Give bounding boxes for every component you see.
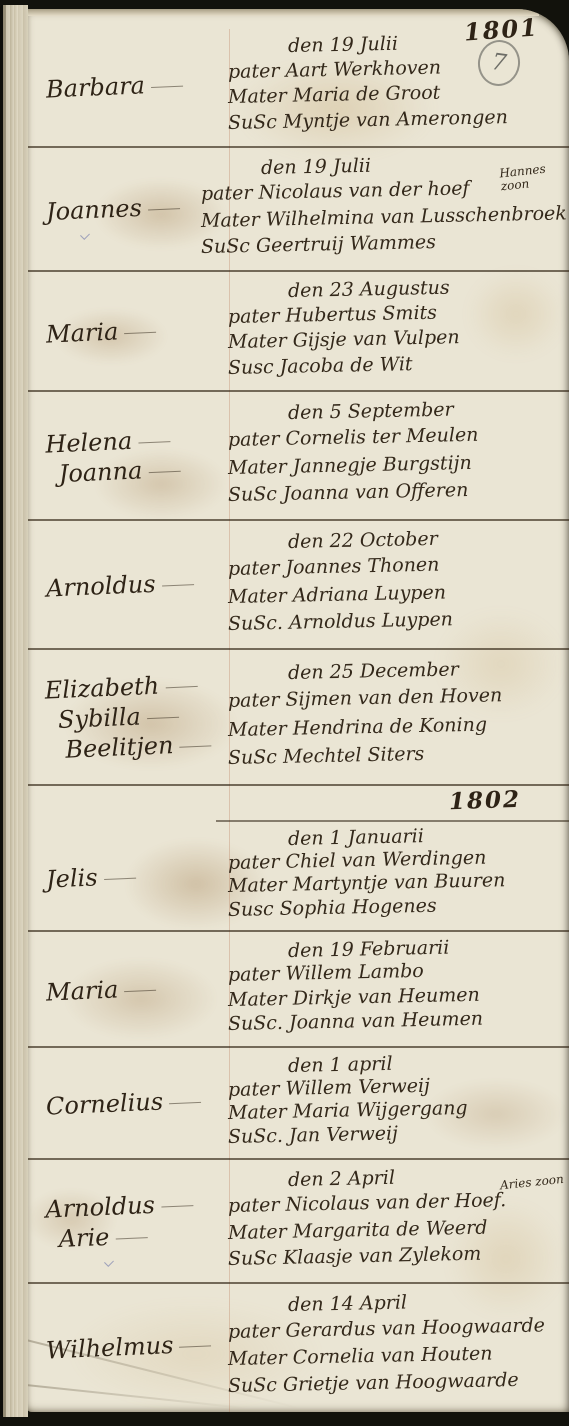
child-name-line: Joannes — [45, 190, 201, 227]
entry-text: den 19 Julii pater Aart Werkhoven Mater … — [228, 26, 569, 146]
entry-text: den 1 april pater Willem Verweij Mater M… — [228, 1048, 569, 1158]
entry-text: den 22 October pater Joannes Thonen Mate… — [228, 521, 569, 648]
father-name-line: pater Hubertus Smits — [228, 299, 567, 328]
child-name-line: Beelitjen — [65, 728, 230, 765]
child-name-line: Barbara — [45, 67, 228, 105]
baptism-entry: HelenaJoanna den 5 September pater Corne… — [28, 392, 569, 521]
baptism-entry: ElizabethSybillaBeelitjen den 25 Decembe… — [28, 650, 569, 786]
godparent-name-line: SuSc Myntje van Amerongen — [228, 105, 567, 134]
godparent-name-line: SuSc Geertruij Wammes — [201, 228, 567, 258]
year-header-1802-row: 1802 — [28, 786, 569, 822]
godparent-name-line: SuSc. Joanna van Heumen — [228, 1006, 567, 1035]
child-name-line: Arie — [58, 1217, 229, 1254]
child-name: Maria — [26, 928, 230, 1051]
child-name: Arnoldus — [26, 517, 231, 653]
godparent-name-line: Susc Jacoba de Wit — [228, 349, 567, 378]
child-name-line: Jelis — [45, 857, 228, 895]
baptism-entry: Maria den 23 Augustus pater Hubertus Smi… — [28, 272, 569, 392]
baptism-date: den 14 April — [288, 1288, 567, 1316]
child-name: Joannes — [26, 144, 204, 273]
entry-text: den 23 Augustus pater Hubertus Smits Mat… — [228, 272, 569, 390]
entry-text: den 19 Februarii pater Willem Lambo Mate… — [228, 932, 569, 1046]
baptism-entry: Cornelius den 1 april pater Willem Verwe… — [28, 1048, 569, 1160]
godparent-name-line: SuSc. Jan Verweij — [228, 1119, 567, 1148]
father-name-line: pater Gerardus van Hoogwaarde — [228, 1314, 567, 1343]
child-name-line: Joanna — [58, 451, 229, 488]
child-name: ArnoldusArie — [26, 1156, 231, 1287]
mother-name-line: Mater Maria de Groot — [228, 79, 567, 108]
baptism-entry: ArnoldusArie den 2 April pater Nicolaus … — [28, 1160, 569, 1284]
baptism-date: den 23 Augustus — [288, 275, 567, 303]
child-name-line: Maria — [45, 970, 228, 1008]
godparent-name-line: SuSc Joanna van Offeren — [228, 477, 567, 506]
mother-name-line: Mater Gijsje van Vulpen — [228, 324, 567, 353]
father-name-line: pater Sijmen van den Hoven — [228, 683, 567, 712]
page-number: 7 — [490, 49, 508, 77]
father-name-line: pater Joannes Thonen — [228, 551, 567, 580]
register-page: 1801 7 Barbara den 19 Julii pater Aart W… — [26, 9, 569, 1412]
mother-name-line: Mater Wilhelmina van Lusschenbroek — [201, 202, 567, 232]
baptism-date: den 5 September — [288, 396, 567, 424]
mother-name-line: Mater Adriana Luypen — [228, 578, 567, 607]
child-name: ElizabethSybillaBeelitjen — [26, 646, 231, 789]
child-name: Cornelius — [26, 1044, 230, 1163]
child-name: HelenaJoanna — [26, 388, 231, 524]
entry-text: den 14 April pater Gerardus van Hoogwaar… — [228, 1284, 569, 1410]
child-name-line: Maria — [45, 312, 228, 350]
child-name: Barbara — [26, 22, 231, 151]
child-name-line: Arnoldus — [45, 565, 228, 603]
child-name: Wilhelmus — [26, 1280, 231, 1412]
baptism-entry: Jelis den 1 Januarii pater Chiel van Wer… — [28, 822, 569, 932]
mother-name-line: Mater Cornelia van Houten — [228, 1341, 567, 1370]
baptism-entry: Joannes den 19 Julii pater Nicolaus van … — [28, 148, 569, 272]
father-name-line: pater Willem Lambo — [228, 957, 567, 986]
godparent-name-line: SuSc Grietje van Hoogwaarde — [228, 1368, 567, 1397]
child-name: Jelis — [26, 818, 230, 935]
father-name-line: pater Cornelis ter Meulen — [228, 422, 567, 451]
entry-text: den 25 December pater Sijmen van den Hov… — [228, 650, 569, 784]
year-header-1802: 1802 — [449, 786, 522, 815]
entry-text: den 5 September pater Cornelis ter Meule… — [228, 392, 569, 519]
mother-name-line: Mater Hendrina de Koning — [228, 712, 567, 741]
child-name-line: Wilhelmus — [45, 1328, 228, 1366]
baptism-entry: Maria den 19 Februarii pater Willem Lamb… — [28, 932, 569, 1048]
baptism-entry: Arnoldus den 22 October pater Joannes Th… — [28, 521, 569, 650]
baptism-entry: Wilhelmus den 14 April pater Gerardus va… — [28, 1284, 569, 1410]
entry-text: den 1 Januarii pater Chiel van Werdingen… — [228, 822, 569, 930]
baptism-date: den 25 December — [288, 656, 567, 684]
mother-name-line: Mater Jannegje Burgstijn — [228, 449, 567, 478]
godparent-name-line: SuSc Mechtel Siters — [228, 740, 567, 769]
child-name-line: Cornelius — [45, 1084, 228, 1122]
godparent-name-line: SuSc Klaasje van Zylekom — [228, 1241, 567, 1270]
godparent-name-line: SuSc. Arnoldus Luypen — [228, 606, 567, 635]
book-binding-edge — [0, 5, 28, 1417]
baptism-entries: Barbara den 19 Julii pater Aart Werkhove… — [28, 26, 569, 1410]
father-name-line: pater Nicolaus van der Hoef. — [228, 1188, 567, 1217]
child-name: Maria — [26, 268, 230, 395]
baptism-date: den 22 October — [288, 525, 567, 553]
mother-name-line: Mater Margarita de Weerd — [228, 1214, 567, 1243]
